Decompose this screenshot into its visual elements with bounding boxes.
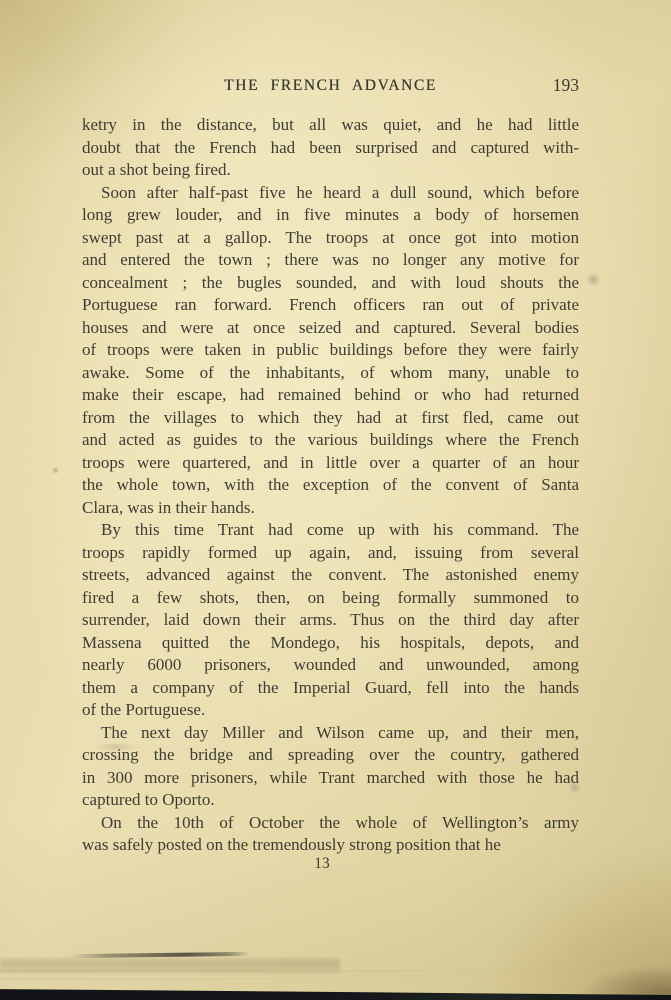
text-line: ketry in the distance, but all was quiet…	[82, 114, 579, 137]
text-line: the whole town, with the exception of th…	[82, 474, 579, 497]
text-line: troops rapidly formed up again, and, iss…	[82, 542, 579, 565]
text-line: Massena quitted the Mondego, his hospita…	[82, 632, 579, 655]
scan-corner-shadow	[521, 950, 671, 996]
text-line: and acted as guides to the various build…	[82, 429, 579, 452]
text-line: captured to Oporto.	[82, 789, 579, 812]
text-line: fired a few shots, then, on being formal…	[82, 587, 579, 610]
header-title: THE FRENCH ADVANCE	[82, 77, 579, 95]
text-line: By this time Trant had come up with his …	[82, 519, 579, 542]
text-line: was safely posted on the tremendously st…	[82, 834, 579, 857]
text-line: Clara, was in their hands.	[82, 497, 579, 520]
text-line: streets, advanced against the convent. T…	[82, 564, 579, 587]
text-line: them a company of the Imperial Guard, fe…	[82, 677, 579, 700]
text-line: concealment ; the bugles sounded, and wi…	[82, 272, 579, 295]
scan-smudge	[52, 467, 59, 474]
text-line: of troops were taken in public buildings…	[82, 339, 579, 362]
page-number: 193	[553, 75, 579, 96]
text-line: of the Portuguese.	[82, 699, 579, 722]
text-line: and entered the town ; there was no long…	[82, 249, 579, 272]
text-line: long grew louder, and in five minutes a …	[82, 204, 579, 227]
text-line: make their escape, had remained behind o…	[82, 384, 579, 407]
text-line: houses and were at once seized and captu…	[82, 317, 579, 340]
text-line: crossing the bridge and spreading over t…	[82, 744, 579, 767]
text-line: from the villages to which they had at f…	[82, 407, 579, 430]
text-line: doubt that the French had been surprised…	[82, 137, 579, 160]
text-line: troops were quartered, and in little ove…	[82, 452, 579, 475]
text-line: swept past at a gallop. The troops at on…	[82, 227, 579, 250]
signature-mark: 13	[82, 855, 562, 873]
text-block: ketry in the distance, but all was quiet…	[82, 114, 579, 857]
text-line: surrender, laid down their arms. Thus on…	[82, 609, 579, 632]
scan-artifact-ripple	[0, 978, 500, 980]
text-line: in 300 more prisoners, while Trant march…	[82, 767, 579, 790]
text-line: awake. Some of the inhabitants, of whom …	[82, 362, 579, 385]
text-line: On the 10th of October the whole of Well…	[82, 812, 579, 835]
scan-smudge	[585, 272, 602, 287]
text-line: nearly 6000 prisoners, wounded and unwou…	[82, 654, 579, 677]
scan-smudge	[96, 742, 136, 752]
scan-smudge	[568, 781, 582, 794]
running-header: THE FRENCH ADVANCE 193	[82, 77, 579, 99]
text-line: out a shot being fired.	[82, 159, 579, 182]
text-line: Soon after half-past five he heard a dul…	[82, 182, 579, 205]
text-line: Portuguese ran forward. French officers …	[82, 294, 579, 317]
text-line: The next day Miller and Wilson came up, …	[82, 722, 579, 745]
book-page-scan: THE FRENCH ADVANCE 193 ketry in the dist…	[0, 0, 671, 1000]
